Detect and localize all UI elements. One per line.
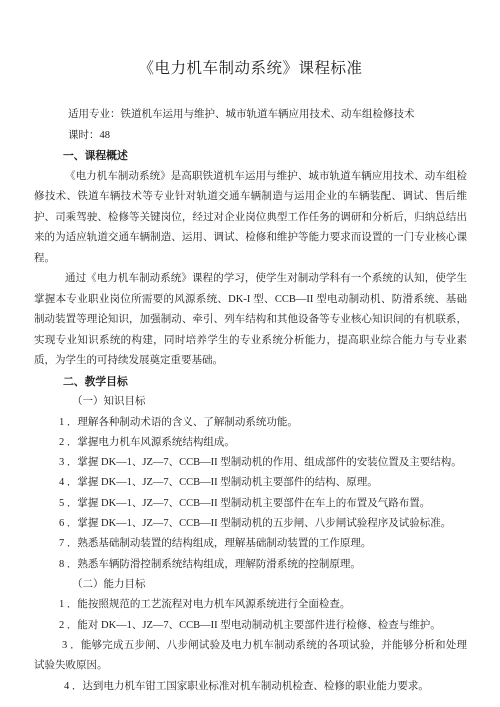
knowledge-objective-item-7: 7 ．熟悉基础制动装置的结构组成，理解基础制动装置的工作原理。: [34, 534, 467, 554]
subsection-heading-knowledge-objectives: （一）知识目标: [34, 392, 467, 413]
ability-objective-item-2: 2 ．能对 DK—1、JZ—7、CCB—II 型电动制动机主要部件进行检修、检查…: [34, 616, 467, 636]
course-hours-line: 课时：48: [34, 125, 467, 146]
knowledge-objective-item-4: 4 ．掌握 DK—1、JZ—7、CCB—II 型制动机主要部件的结构、原理。: [34, 473, 467, 493]
section-heading-course-overview: 一、课程概述: [34, 146, 467, 167]
knowledge-objective-item-2: 2 ．掌握电力机车风源系统结构组成。: [34, 433, 467, 453]
subsection-heading-ability-objectives: （二）能力目标: [34, 575, 467, 596]
ability-objective-item-4: 4 ．达到电力机车钳工国家职业标准对机车制动机检查、检修的职业能力要求。: [34, 677, 467, 697]
overview-paragraph-1: 《电力机车制动系统》是高职铁道机车运用与维护、城市轨道车辆应用技术、动车组检修技…: [34, 167, 467, 270]
document-page: 《电力机车制动系统》课程标准 适用专业：铁道机车运用与维护、城市轨道车辆应用技术…: [0, 0, 500, 707]
knowledge-objective-item-5: 5 ．掌握 DK—1、JZ—7、CCB—II 型制动机主要部件在车上的布置及气路…: [34, 494, 467, 514]
knowledge-objective-item-3: 3 ．掌握 DK—1、JZ—7、CCB—II 型制动机的作用、组成部件的安装位置…: [34, 453, 467, 473]
ability-objective-item-1: 1 ．能按照规范的工艺流程对电力机车风源系统进行全面检查。: [34, 595, 467, 615]
document-title: 《电力机车制动系统》课程标准: [34, 58, 467, 80]
overview-paragraph-2: 通过《电力机车制动系统》课程的学习，使学生对制动学科有一个系统的认知，使学生掌握…: [34, 269, 467, 372]
ability-objective-item-3: 3 ．能够完成五步闸、八步闸试验及电力机车制动系统的各项试验，并能够分析和处理试…: [34, 636, 467, 677]
knowledge-objective-item-1: 1 ．理解各种制动术语的含义、了解制动系统功能。: [34, 413, 467, 433]
applicable-majors-line: 适用专业：铁道机车运用与维护、城市轨道车辆应用技术、动车组检修技术: [34, 104, 467, 125]
section-heading-teaching-objectives: 二、教学目标: [34, 372, 467, 393]
knowledge-objective-item-6: 6 ．掌握 DK—1、JZ—7、CCB—II 型制动机的五步闸、八步闸试验程序及…: [34, 514, 467, 534]
knowledge-objective-item-8: 8 ．熟悉车辆防滑控制系统结构组成，理解防滑系统的控制原理。: [34, 555, 467, 575]
